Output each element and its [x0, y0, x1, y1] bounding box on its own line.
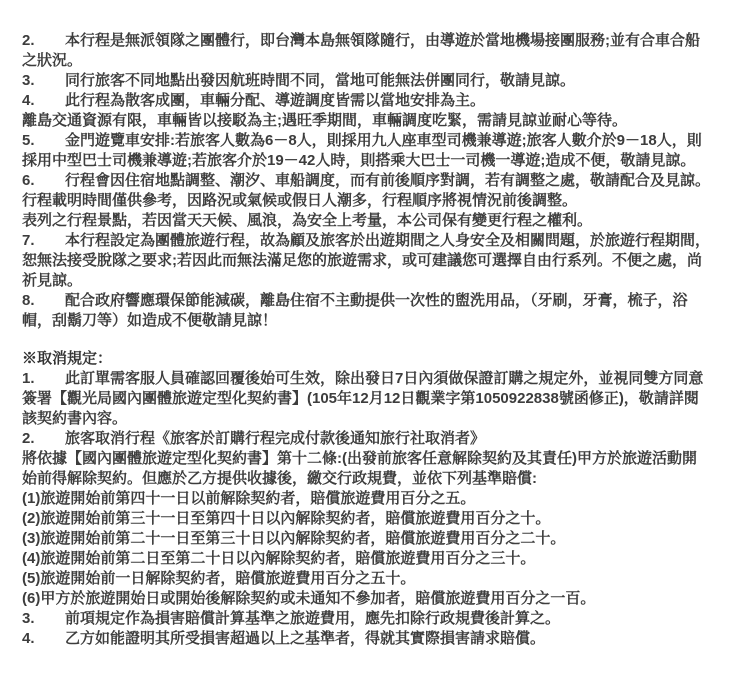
- terms-item-2: 2.本行程是無派領隊之團體行，即台灣本島無領隊隨行，由導遊於當地機場接團服務;並…: [22, 31, 710, 71]
- item-text: 同行旅客不同地點出發因航班時間不同，當地可能無法併團同行，敬請見諒。: [65, 72, 575, 89]
- item-text: (5)旅遊開始前一日解除契約者，賠償旅遊費用百分之五十。: [22, 570, 415, 587]
- item-number: 4.: [22, 629, 65, 649]
- item-number: 2.: [22, 31, 65, 51]
- terms-item-3: 3.同行旅客不同地點出發因航班時間不同，當地可能無法併團同行，敬請見諒。: [22, 71, 710, 91]
- cancellation-tier-5: (5)旅遊開始前一日解除契約者，賠償旅遊費用百分之五十。: [22, 569, 710, 589]
- item-number: 2.: [22, 429, 65, 449]
- item-text: 此行程為散客成團，車輛分配、導遊調度皆需以當地安排為主。: [65, 92, 485, 109]
- cancellation-tier-6: (6)甲方於旅遊開始日或開始後解除契約或未通知不參加者，賠償旅遊費用百分之一百。: [22, 589, 710, 609]
- terms-item-7: 7.本行程設定為團體旅遊行程，故為顧及旅客於出遊期間之人身安全及相關問題，於旅遊…: [22, 231, 710, 291]
- cancellation-item-1: 1.此訂單需客服人員確認回覆後始可生效，除出發日7日內須做保證訂購之規定外，並視…: [22, 369, 710, 429]
- item-text: (2)旅遊開始前第三十一日至第四十日以內解除契約者，賠償旅遊費用百分之十。: [22, 510, 550, 527]
- cancellation-tier-3: (3)旅遊開始前第二十一日至第三十日以內解除契約者，賠償旅遊費用百分之二十。: [22, 529, 710, 549]
- item-text: 本行程是無派領隊之團體行，即台灣本島無領隊隨行，由導遊於當地機場接團服務;並有合…: [22, 32, 700, 69]
- item-text: (3)旅遊開始前第二十一日至第三十日以內解除契約者，賠償旅遊費用百分之二十。: [22, 530, 565, 547]
- item-number: 7.: [22, 231, 65, 251]
- item-number: 3.: [22, 71, 65, 91]
- item-number: 3.: [22, 609, 65, 629]
- terms-item-5: 5.金門遊覽車安排:若旅客人數為6－8人，則採用九人座車型司機兼導遊;旅客人數介…: [22, 131, 710, 171]
- item-text: 離島交通資源有限，車輛皆以接駁為主;遇旺季期間，車輛調度吃緊，需請見諒並耐心等待…: [22, 112, 627, 129]
- item-text: 此訂單需客服人員確認回覆後始可生效，除出發日7日內須做保證訂購之規定外，並視同雙…: [22, 370, 703, 427]
- item-text: 將依據【國內團體旅遊定型化契約書】第十二條:(出發前旅客任意解除契約及其責任)甲…: [22, 450, 697, 487]
- cancellation-item-2-basis: 將依據【國內團體旅遊定型化契約書】第十二條:(出發前旅客任意解除契約及其責任)甲…: [22, 449, 710, 489]
- item-text: 前項規定作為損害賠償計算基準之旅遊費用，應先扣除行政規費後計算之。: [65, 610, 560, 627]
- item-number: 5.: [22, 131, 65, 151]
- item-text: 金門遊覽車安排:若旅客人數為6－8人，則採用九人座車型司機兼導遊;旅客人數介於9…: [22, 132, 702, 169]
- item-text: 配合政府響應環保節能減碳，離島住宿不主動提供一次性的盥洗用品，（牙刷，牙膏，梳子…: [22, 292, 688, 329]
- cancellation-tier-1: (1)旅遊開始前第四十一日以前解除契約者，賠償旅遊費用百分之五。: [22, 489, 710, 509]
- item-text: (4)旅遊開始前第二日至第二十日以內解除契約者，賠償旅遊費用百分之三十。: [22, 550, 535, 567]
- item-text: 乙方如能證明其所受損害超過以上之基準者，得就其實際損害請求賠償。: [65, 630, 545, 647]
- terms-item-4: 4.此行程為散客成團，車輛分配、導遊調度皆需以當地安排為主。: [22, 91, 710, 111]
- cancellation-tier-2: (2)旅遊開始前第三十一日至第四十日以內解除契約者，賠償旅遊費用百分之十。: [22, 509, 710, 529]
- cancellation-item-4: 4.乙方如能證明其所受損害超過以上之基準者，得就其實際損害請求賠償。: [22, 629, 710, 649]
- item-text: 表列之行程景點，若因當天天候、風浪，為安全上考量，本公司保有變更行程之權利。: [22, 212, 592, 229]
- item-number: 8.: [22, 291, 65, 311]
- terms-document: 2.本行程是無派領隊之團體行，即台灣本島無領隊隨行，由導遊於當地機場接團服務;並…: [0, 0, 730, 649]
- terms-item-8: 8.配合政府響應環保節能減碳，離島住宿不主動提供一次性的盥洗用品，（牙刷，牙膏，…: [22, 291, 710, 331]
- item-text: (1)旅遊開始前第四十一日以前解除契約者，賠償旅遊費用百分之五。: [22, 490, 475, 507]
- item-text: 行程會因住宿地點調整、潮汐、車船調度，而有前後順序對調，若有調整之處，敬請配合及…: [22, 172, 710, 209]
- item-number: 1.: [22, 369, 65, 389]
- cancellation-heading: ※取消規定：: [22, 349, 710, 369]
- terms-item-6-note: 表列之行程景點，若因當天天候、風浪，為安全上考量，本公司保有變更行程之權利。: [22, 211, 710, 231]
- cancellation-tier-4: (4)旅遊開始前第二日至第二十日以內解除契約者，賠償旅遊費用百分之三十。: [22, 549, 710, 569]
- item-number: 4.: [22, 91, 65, 111]
- terms-item-6: 6.行程會因住宿地點調整、潮汐、車船調度，而有前後順序對調，若有調整之處，敬請配…: [22, 171, 710, 211]
- item-text: 本行程設定為團體旅遊行程，故為顧及旅客於出遊期間之人身安全及相關問題，於旅遊行程…: [22, 232, 710, 289]
- item-number: 6.: [22, 171, 65, 191]
- cancellation-item-3: 3.前項規定作為損害賠償計算基準之旅遊費用，應先扣除行政規費後計算之。: [22, 609, 710, 629]
- item-text: (6)甲方於旅遊開始日或開始後解除契約或未通知不參加者，賠償旅遊費用百分之一百。: [22, 590, 595, 607]
- cancellation-item-2: 2.旅客取消行程《旅客於訂購行程完成付款後通知旅行社取消者》: [22, 429, 710, 449]
- item-text: 旅客取消行程《旅客於訂購行程完成付款後通知旅行社取消者》: [65, 430, 485, 447]
- terms-item-4-note: 離島交通資源有限，車輛皆以接駁為主;遇旺季期間，車輛調度吃緊，需請見諒並耐心等待…: [22, 111, 710, 131]
